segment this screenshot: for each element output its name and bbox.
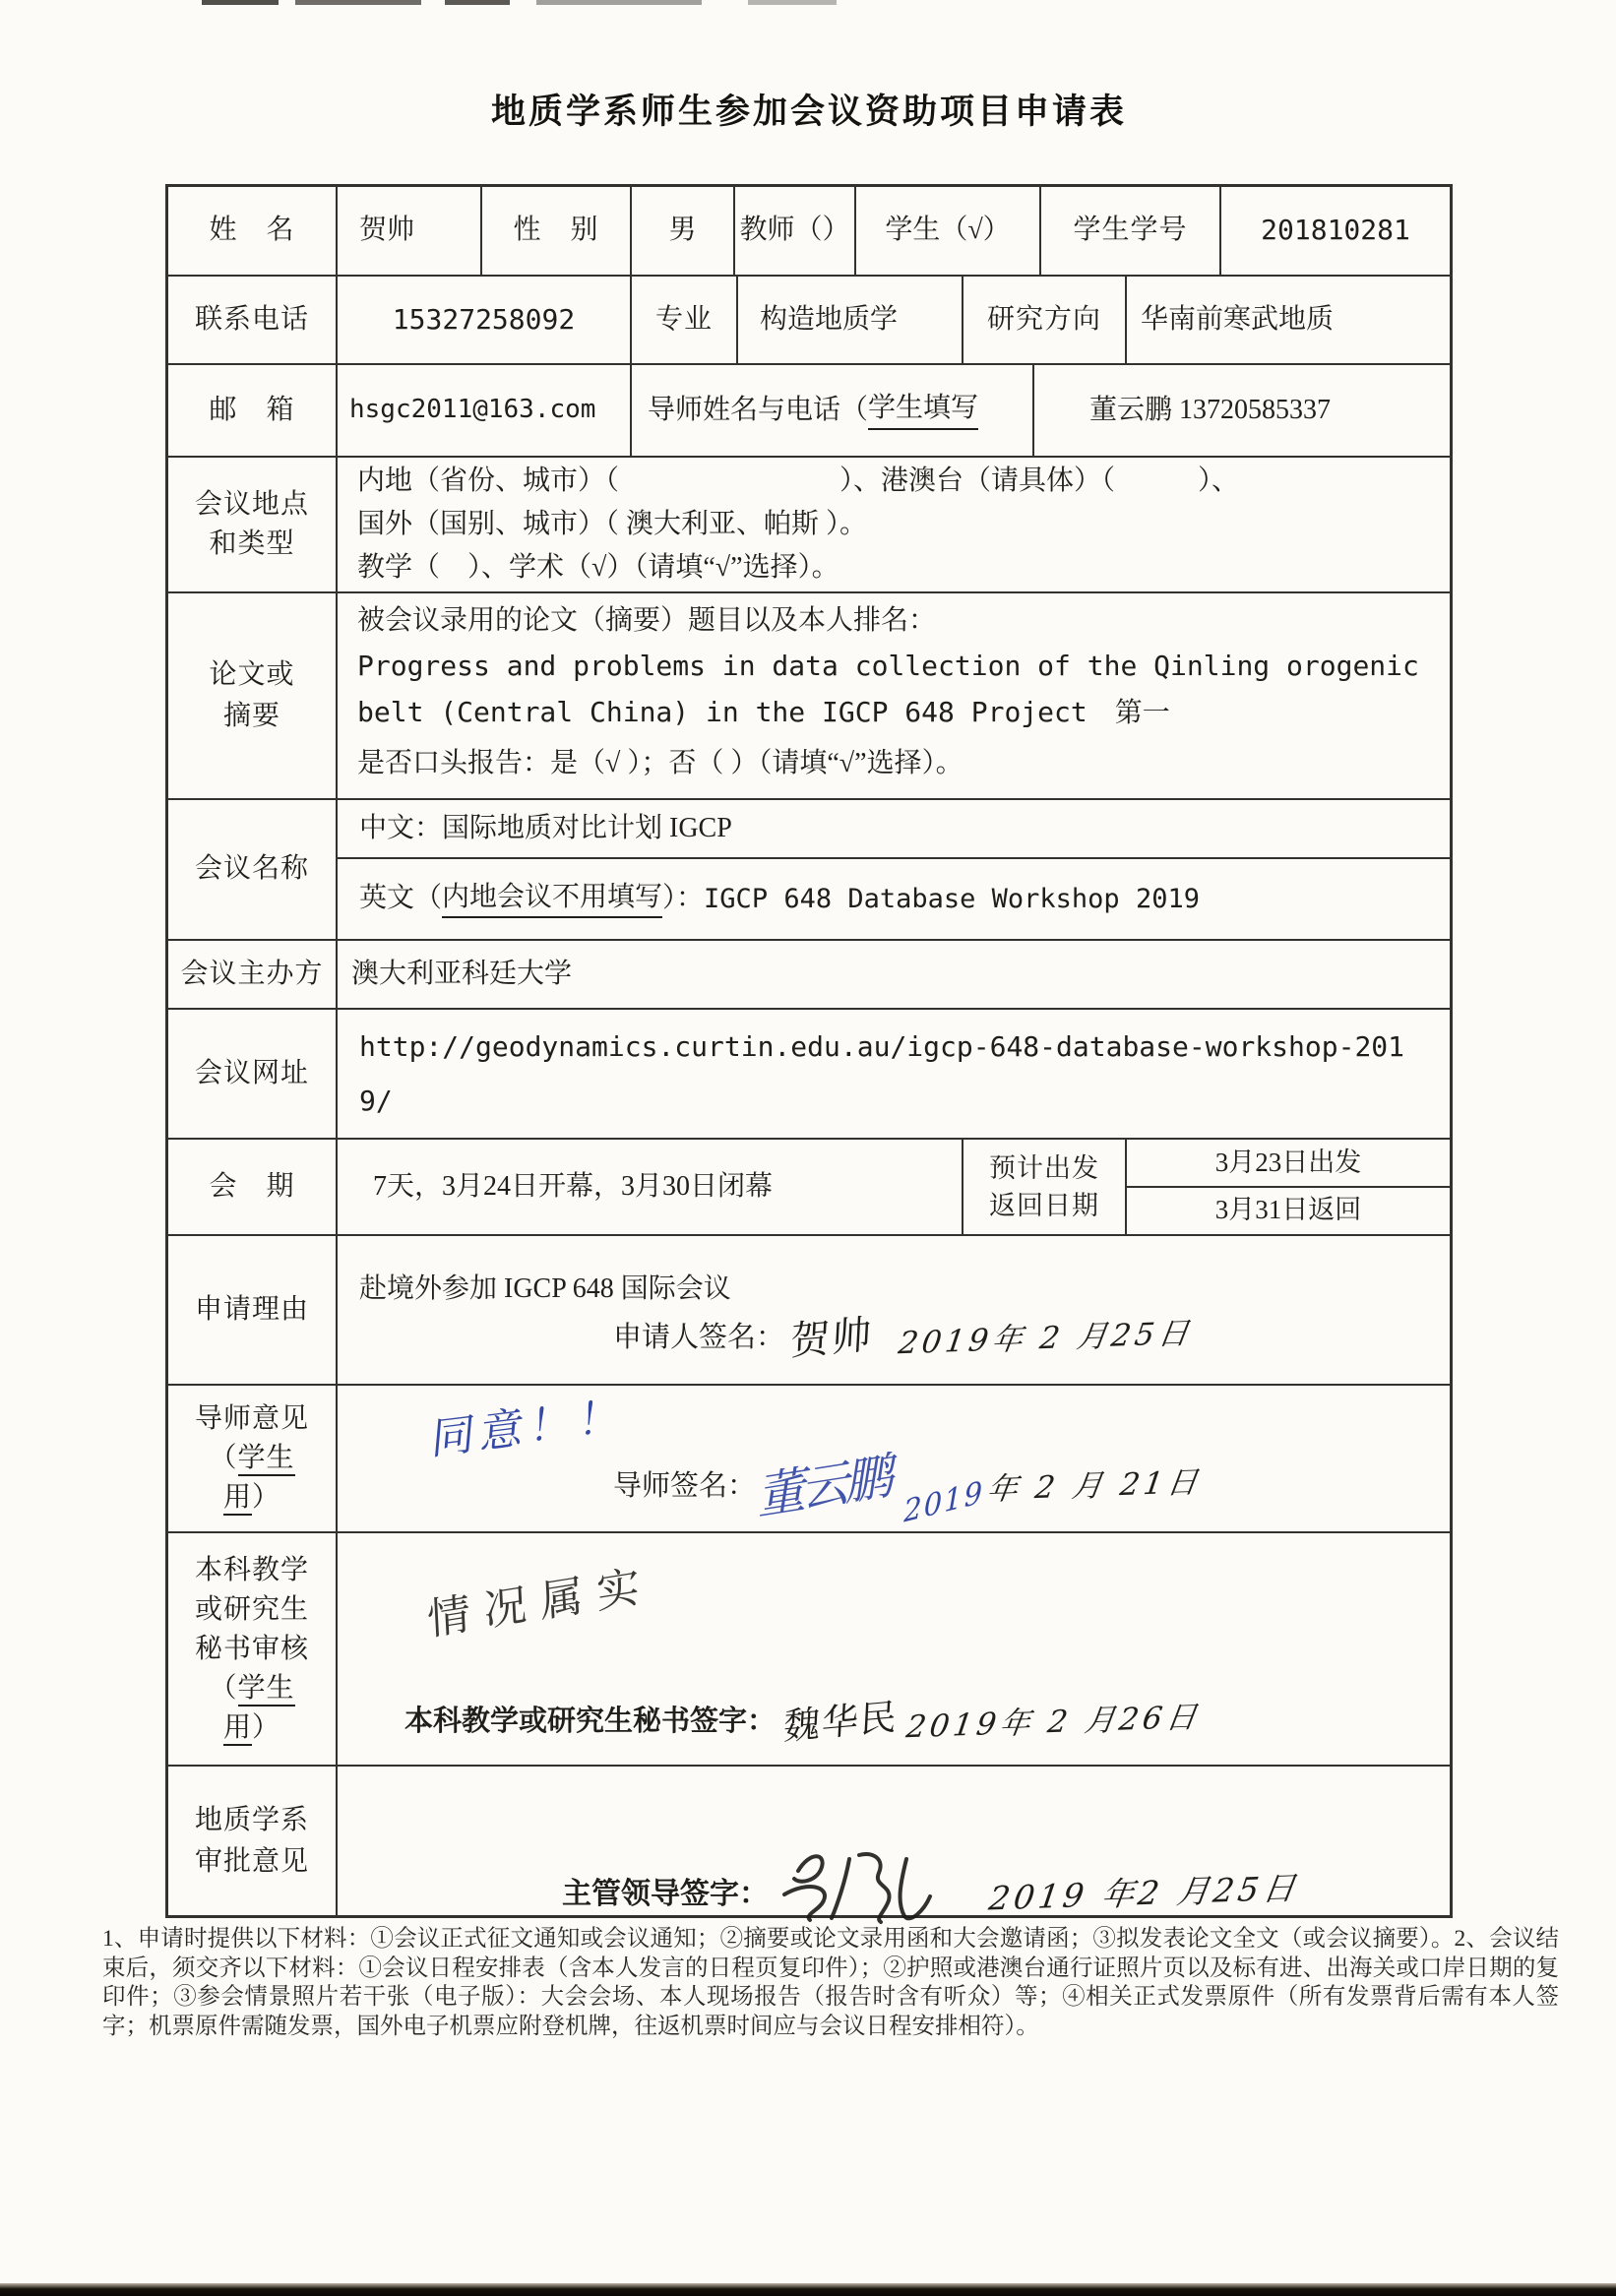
- name-value: 贺帅: [338, 187, 482, 275]
- advisor-sign-line: 导师签名： 董云鹏 2019 年 2 月 21日: [613, 1455, 1202, 1519]
- secretary-comment-handwriting: 情况属实: [426, 1557, 654, 1649]
- name-label: 姓 名: [168, 187, 338, 275]
- venue-type-content: 内地（省份、城市）（ ）、港澳台（请具体）（ ）、 国外（国别、城市）（ 澳大利…: [338, 458, 1450, 591]
- major-value: 构造地质学: [738, 277, 963, 363]
- scan-artifact: [445, 0, 510, 5]
- return-date: 3月31日返回: [1127, 1186, 1450, 1232]
- gender-value: 男: [632, 187, 735, 275]
- gender-label: 性 别: [482, 187, 632, 275]
- email-value: hsgc2011@163.com: [338, 365, 632, 456]
- row-venue-type: 会议地点 和类型 内地（省份、城市）（ ）、港澳台（请具体）（ ）、 国外（国别…: [168, 458, 1450, 593]
- advisor-sign-date: 年 2 月 21日: [985, 1462, 1205, 1510]
- scan-artifact: [748, 0, 837, 5]
- depart-return-dates: 3月23日出发 3月31日返回: [1127, 1140, 1450, 1234]
- reason-content: 赴境外参加 IGCP 648 国际会议 申请人签名： 贺帅 2019年 2 月2…: [338, 1236, 1450, 1384]
- applicant-sign-line: 申请人签名： 贺帅 2019年 2 月25日: [613, 1313, 1193, 1364]
- secretary-sign-line: 本科教学或研究生秘书签字： 魏华民 2019年 2 月26日: [404, 1699, 1201, 1746]
- secretary-review-label: 本科教学 或研究生 秘书审核 （学生 用）: [168, 1533, 338, 1765]
- website-label: 会议网址: [168, 1010, 338, 1138]
- paper-title-prompt: 被会议录用的论文（摘要）题目以及本人排名：: [357, 599, 936, 643]
- website-value-wrap: http://geodynamics.curtin.edu.au/igcp-64…: [338, 1010, 1450, 1138]
- row-reason: 申请理由 赴境外参加 IGCP 648 国际会议 申请人签名： 贺帅 2019年…: [168, 1236, 1450, 1386]
- conference-name-content: 中文：国际地质对比计划 IGCP 英文（内地会议不用填写）：IGCP 648 D…: [338, 800, 1450, 939]
- oral-report-line: 是否口头报告：是（√ ）；否（ ）（请填“√”选择）。: [357, 743, 963, 784]
- row-secretary-review: 本科教学 或研究生 秘书审核 （学生 用） 情况属实 本科教学或研究生秘书签字：…: [168, 1533, 1450, 1767]
- applicant-signature: 贺帅: [789, 1309, 874, 1368]
- website-url: http://geodynamics.curtin.edu.au/igcp-64…: [359, 1020, 1410, 1128]
- venue-overseas-line: 国外（国别、城市）（ 澳大利亚、帕斯 ）。: [357, 503, 867, 546]
- reason-label: 申请理由: [168, 1236, 338, 1384]
- venue-type-label: 会议地点 和类型: [168, 458, 338, 591]
- paper-content: 被会议录用的论文（摘要）题目以及本人排名： Progress and probl…: [338, 593, 1450, 798]
- mentor-label: 导师姓名与电话（学生填写: [632, 365, 1034, 456]
- advisor-comment-handwriting: 同意！！: [429, 1387, 630, 1468]
- secretary-review-content: 情况属实 本科教学或研究生秘书签字： 魏华民 2019年 2 月26日: [338, 1533, 1450, 1765]
- secretary-sign-label: 本科教学或研究生秘书签字：: [404, 1704, 776, 1741]
- session-duration: 7天，3月24日开幕，3月30日闭幕: [338, 1140, 963, 1234]
- row-contact: 联系电话 15327258092 专业 构造地质学 研究方向 华南前寒武地质: [168, 277, 1450, 365]
- row-department-approval: 地质学系 审批意见 主管领导签字： 2019 年2 月25日: [168, 1767, 1450, 1915]
- scan-artifact: [536, 0, 702, 5]
- director-sign-label: 主管领导签字：: [562, 1875, 769, 1913]
- organizer-value: 澳大利亚科廷大学: [338, 941, 1450, 1008]
- row-email-mentor: 邮 箱 hsgc2011@163.com 导师姓名与电话（学生填写 董云鹏 13…: [168, 365, 1450, 458]
- student-id-label: 学生学号: [1041, 187, 1221, 275]
- venue-kind-line: 教学（ ）、学术（√）（请填“√”选择）。: [357, 546, 839, 590]
- phone-label: 联系电话: [168, 277, 338, 363]
- mentor-value: 董云鹏 13720585337: [1034, 365, 1450, 456]
- phone-value: 15327258092: [338, 277, 632, 363]
- conference-name-cn: 中文：国际地质对比计划 IGCP: [338, 800, 1450, 857]
- email-label: 邮 箱: [168, 365, 338, 456]
- reason-text: 赴境外参加 IGCP 648 国际会议: [359, 1272, 731, 1307]
- scan-artifact: [295, 0, 421, 5]
- student-checkbox-text: 学生（√）: [856, 187, 1041, 275]
- advisor-opinion-label: 导师意见 （学生 用）: [168, 1386, 338, 1531]
- director-sign-line: 主管领导签字： 2019 年2 月25日: [562, 1851, 1299, 1936]
- depart-date: 3月23日出发: [1127, 1140, 1450, 1186]
- paper-title-value: Progress and problems in data collection…: [357, 643, 1428, 735]
- department-approval-label: 地质学系 审批意见: [168, 1767, 338, 1915]
- secretary-signature: 魏华民: [782, 1694, 900, 1752]
- depart-return-label: 预计出发 返回日期: [963, 1140, 1127, 1234]
- row-conference-name: 会议名称 中文：国际地质对比计划 IGCP 英文（内地会议不用填写）：IGCP …: [168, 800, 1450, 941]
- director-sign-date: 2019 年2 月25日: [986, 1867, 1302, 1920]
- organizer-label: 会议主办方: [168, 941, 338, 1008]
- applicant-sign-label: 申请人签名：: [613, 1320, 784, 1357]
- paper-label: 论文或 摘要: [168, 593, 338, 798]
- row-paper: 论文或 摘要 被会议录用的论文（摘要）题目以及本人排名： Progress an…: [168, 593, 1450, 800]
- research-direction-value: 华南前寒武地质: [1127, 277, 1450, 363]
- row-session: 会 期 7天，3月24日开幕，3月30日闭幕 预计出发 返回日期 3月23日出发…: [168, 1140, 1450, 1236]
- conference-name-label: 会议名称: [168, 800, 338, 939]
- venue-domestic-line: 内地（省份、城市）（ ）、港澳台（请具体）（ ）、: [357, 460, 1239, 503]
- major-label: 专业: [632, 277, 738, 363]
- department-approval-content: 主管领导签字： 2019 年2 月25日: [338, 1767, 1450, 1915]
- advisor-sign-label: 导师签名：: [613, 1468, 756, 1506]
- advisor-opinion-content: 同意！！ 导师签名： 董云鹏 2019 年 2 月 21日: [338, 1386, 1450, 1531]
- row-basic-info: 姓 名 贺帅 性 别 男 教师（） 学生（√） 学生学号 201810281: [168, 187, 1450, 277]
- advisor-sign-year: 2019: [903, 1472, 984, 1532]
- session-label: 会 期: [168, 1140, 338, 1234]
- student-id-value: 201810281: [1221, 187, 1450, 275]
- director-signature-scribble: [775, 1843, 962, 1928]
- applicant-sign-date: 2019年 2 月25日: [896, 1314, 1195, 1364]
- research-direction-label: 研究方向: [963, 277, 1127, 363]
- teacher-checkbox-text: 教师（）: [735, 187, 856, 275]
- row-organizer: 会议主办方 澳大利亚科廷大学: [168, 941, 1450, 1010]
- scanned-application-form-page: 地质学系师生参加会议资助项目申请表 姓 名 贺帅 性 别 男 教师（） 学生（√…: [0, 0, 1616, 2296]
- scan-artifact: [202, 0, 279, 5]
- row-advisor-opinion: 导师意见 （学生 用） 同意！！ 导师签名： 董云鹏 2019 年 2 月 21…: [168, 1386, 1450, 1533]
- row-website: 会议网址 http://geodynamics.curtin.edu.au/ig…: [168, 1010, 1450, 1140]
- form-title: 地质学系师生参加会议资助项目申请表: [165, 85, 1453, 134]
- scan-bottom-edge: [0, 2283, 1616, 2296]
- advisor-signature: 董云鹏: [756, 1443, 898, 1530]
- application-form-table: 姓 名 贺帅 性 别 男 教师（） 学生（√） 学生学号 201810281 联…: [165, 184, 1453, 1918]
- secretary-sign-date: 2019年 2 月26日: [903, 1698, 1203, 1748]
- footer-notes: 1、申请时提供以下材料：①会议正式征文通知或会议通知；②摘要或论文录用函和大会邀…: [102, 1925, 1559, 2041]
- conference-name-en: 英文（内地会议不用填写）：IGCP 648 Database Workshop …: [338, 857, 1450, 939]
